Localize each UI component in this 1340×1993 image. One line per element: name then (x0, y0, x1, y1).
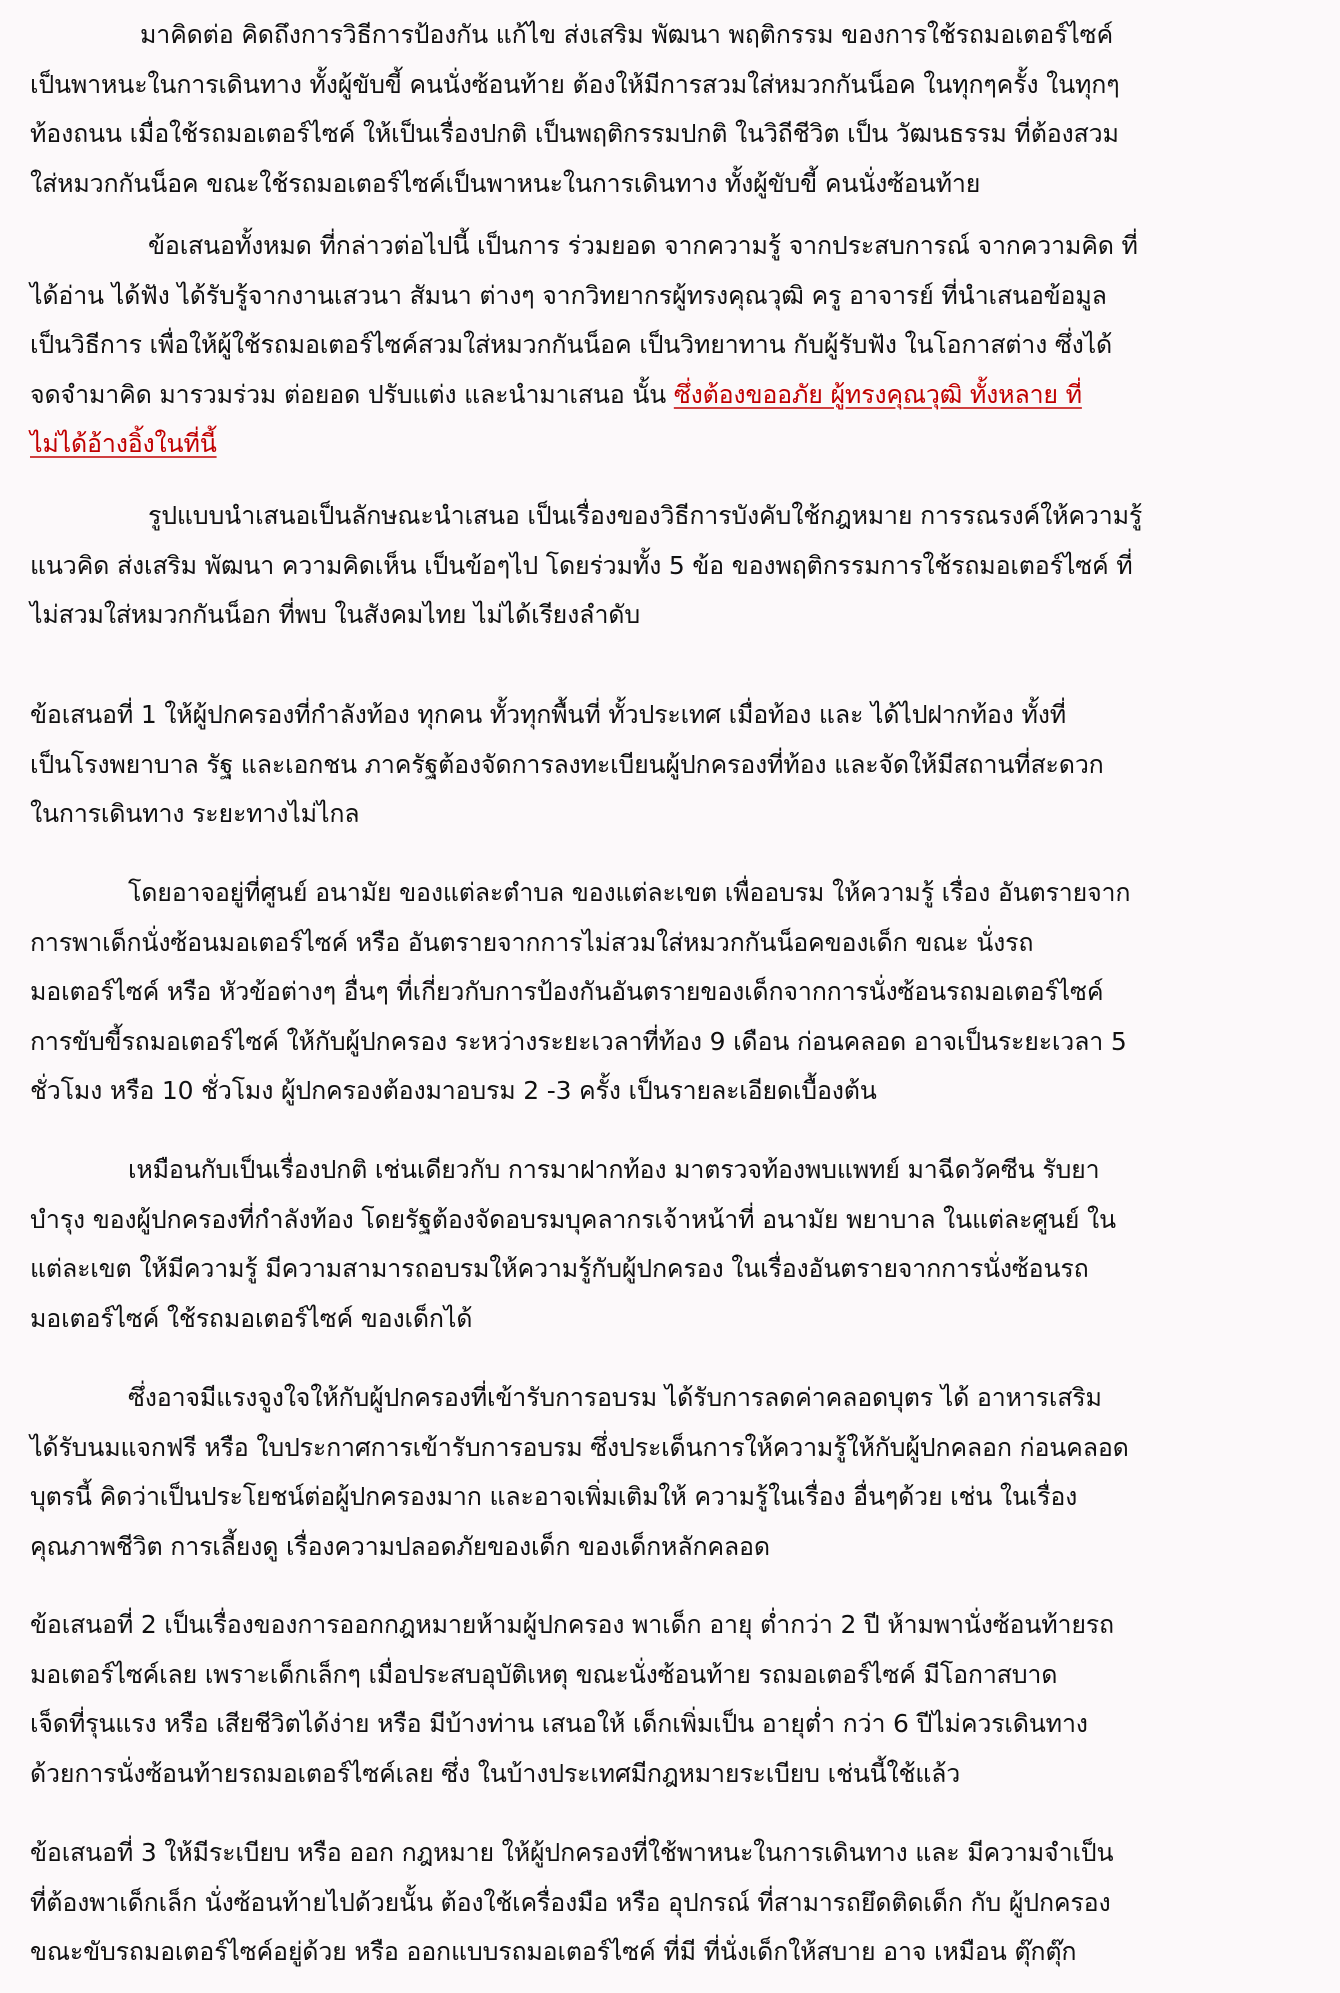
text-line: ข้อเสนอที่ 2 เป็นเรื่องของการออกกฎหมายห้… (30, 1600, 1320, 1650)
text-line: มอเตอร์ไซค์ หรือ หัวข้อต่างๆ อื่นๆ ที่เก… (30, 967, 1320, 1017)
text-line: ด้วยการนั่งซ้อนท้ายรถมอเตอร์ไซค์เลย ซึ่ง… (30, 1749, 1320, 1799)
paragraph-proposal-1-detail-c: ซึ่งอาจมีแรงจูงใจให้กับผู้ปกครองที่เข้าร… (30, 1373, 1320, 1571)
text-line: ได้รับนมแจกฟรี หรือ ใบประกาศการเข้ารับกา… (30, 1423, 1320, 1473)
text-line: เจ็ดที่รุนแรง หรือ เสียชีวิตได้ง่าย หรือ… (30, 1699, 1320, 1749)
apology-link[interactable]: ซึ่งต้องขออภัย ผู้ทรงคุณวุฒิ ทั้งหลาย ที… (674, 380, 1082, 409)
text-line: คุณภาพชีวิต การเลี้ยงดู เรื่องความปลอดภั… (30, 1522, 1320, 1572)
text-line: การพาเด็กนั่งซ้อนมอเตอร์ไซค์ หรือ อันตรา… (30, 918, 1320, 968)
text-line: บุตรนี้ คิดว่าเป็นประโยชน์ต่อผู้ปกครองมา… (30, 1472, 1320, 1522)
paragraph-intro: มาคิดต่อ คิดถึงการวิธีการป้องกัน แก้ไข ส… (30, 10, 1320, 208)
text-line: ข้อเสนอที่ 1 ให้ผู้ปกครองที่กำลังท้อง ทุ… (30, 690, 1320, 740)
text-line: เหมือนกับเป็นเรื่องปกติ เช่นเดียวกับ การ… (30, 1145, 1320, 1195)
text-line: ในการเดินทาง ระยะทางไม่ไกล (30, 789, 1320, 839)
paragraph-proposal-3: ข้อเสนอที่ 3 ให้มีระเบียบ หรือ ออก กฎหมา… (30, 1828, 1320, 1977)
text-segment: จดจำมาคิด มารวมร่วม ต่อยอด ปรับแต่ง และน… (30, 380, 674, 409)
text-line: แต่ละเขต ให้มีความรู้ มีความสามารถอบรมให… (30, 1244, 1320, 1294)
text-line: ได้อ่าน ได้ฟัง ได้รับรู้จากงานเสวนา สัมน… (30, 271, 1320, 321)
text-line: การขับขี้รถมอเตอร์ไซค์ ให้กับผู้ปกครอง ร… (30, 1017, 1320, 1067)
text-line: ที่ต้องพาเด็กเล็ก นั่งซ้อนท้ายไปด้วยนั้น… (30, 1878, 1320, 1928)
paragraph-proposal-1-detail-b: เหมือนกับเป็นเรื่องปกติ เช่นเดียวกับ การ… (30, 1145, 1320, 1343)
text-line: บำรุง ของผู้ปกครองที่กำลังท้อง โดยรัฐต้อ… (30, 1195, 1320, 1245)
text-line: รูปแบบนำเสนอเป็นลักษณะนำเสนอ เป็นเรื่องข… (30, 491, 1320, 541)
text-line: แนวคิด ส่งเสริม พัฒนา ความคิดเห็น เป็นข้… (30, 541, 1320, 591)
text-line: ซึ่งอาจมีแรงจูงใจให้กับผู้ปกครองที่เข้าร… (30, 1373, 1320, 1423)
text-line: ข้อเสนอที่ 3 ให้มีระเบียบ หรือ ออก กฎหมา… (30, 1828, 1320, 1878)
text-line: มอเตอร์ไซค์ ใช้รถมอเตอร์ไซค์ ของเด็กได้ (30, 1294, 1320, 1344)
text-line: ท้องถนน เมื่อใช้รถมอเตอร์ไซค์ ให้เป็นเรื… (30, 109, 1320, 159)
text-line-with-link: จดจำมาคิด มารวมร่วม ต่อยอด ปรับแต่ง และน… (30, 370, 1320, 420)
paragraph-proposal-2: ข้อเสนอที่ 2 เป็นเรื่องของการออกกฎหมายห้… (30, 1600, 1320, 1798)
text-line: มอเตอร์ไซค์เลย เพราะเด็กเล็กๆ เมื่อประสบ… (30, 1650, 1320, 1700)
paragraph-proposal-1: ข้อเสนอที่ 1 ให้ผู้ปกครองที่กำลังท้อง ทุ… (30, 690, 1320, 839)
text-line-with-link: ไม่ได้อ้างอิ้งในที่นี้ (30, 419, 1320, 469)
text-line: เป็นพาหนะในการเดินทาง ทั้งผู้ขับขี้ คนนั… (30, 60, 1320, 110)
text-line: ข้อเสนอทั้งหมด ที่กล่าวต่อไปนี้ เป็นการ … (30, 221, 1320, 271)
text-line: ขณะขับรถมอเตอร์ไซค์อยู่ด้วย หรือ ออกแบบร… (30, 1927, 1320, 1977)
text-line: ใส่หมวกกันน็อค ขณะใช้รถมอเตอร์ไซค์เป็นพา… (30, 159, 1320, 209)
text-line: ไม่สวมใส่หมวกกันน็อก ที่พบ ในสังคมไทย ไม… (30, 590, 1320, 640)
text-line: เป็นวิธีการ เพื่อให้ผู้ใช้รถมอเตอร์ไซค์ส… (30, 320, 1320, 370)
paragraph-sources: ข้อเสนอทั้งหมด ที่กล่าวต่อไปนี้ เป็นการ … (30, 221, 1320, 469)
paragraph-proposal-1-detail-a: โดยอาจอยู่ที่ศูนย์ อนามัย ของแต่ละตำบล ข… (30, 868, 1320, 1116)
text-line: ชั่วโมง หรือ 10 ชั่วโมง ผู้ปกครองต้องมาอ… (30, 1066, 1320, 1116)
text-line: เป็นโรงพยาบาล รัฐ และเอกชน ภาครัฐต้องจัด… (30, 740, 1320, 790)
text-line: โดยอาจอยู่ที่ศูนย์ อนามัย ของแต่ละตำบล ข… (30, 868, 1320, 918)
apology-link-continued[interactable]: ไม่ได้อ้างอิ้งในที่นี้ (30, 429, 217, 458)
paragraph-format: รูปแบบนำเสนอเป็นลักษณะนำเสนอ เป็นเรื่องข… (30, 491, 1320, 640)
text-line: มาคิดต่อ คิดถึงการวิธีการป้องกัน แก้ไข ส… (30, 10, 1320, 60)
